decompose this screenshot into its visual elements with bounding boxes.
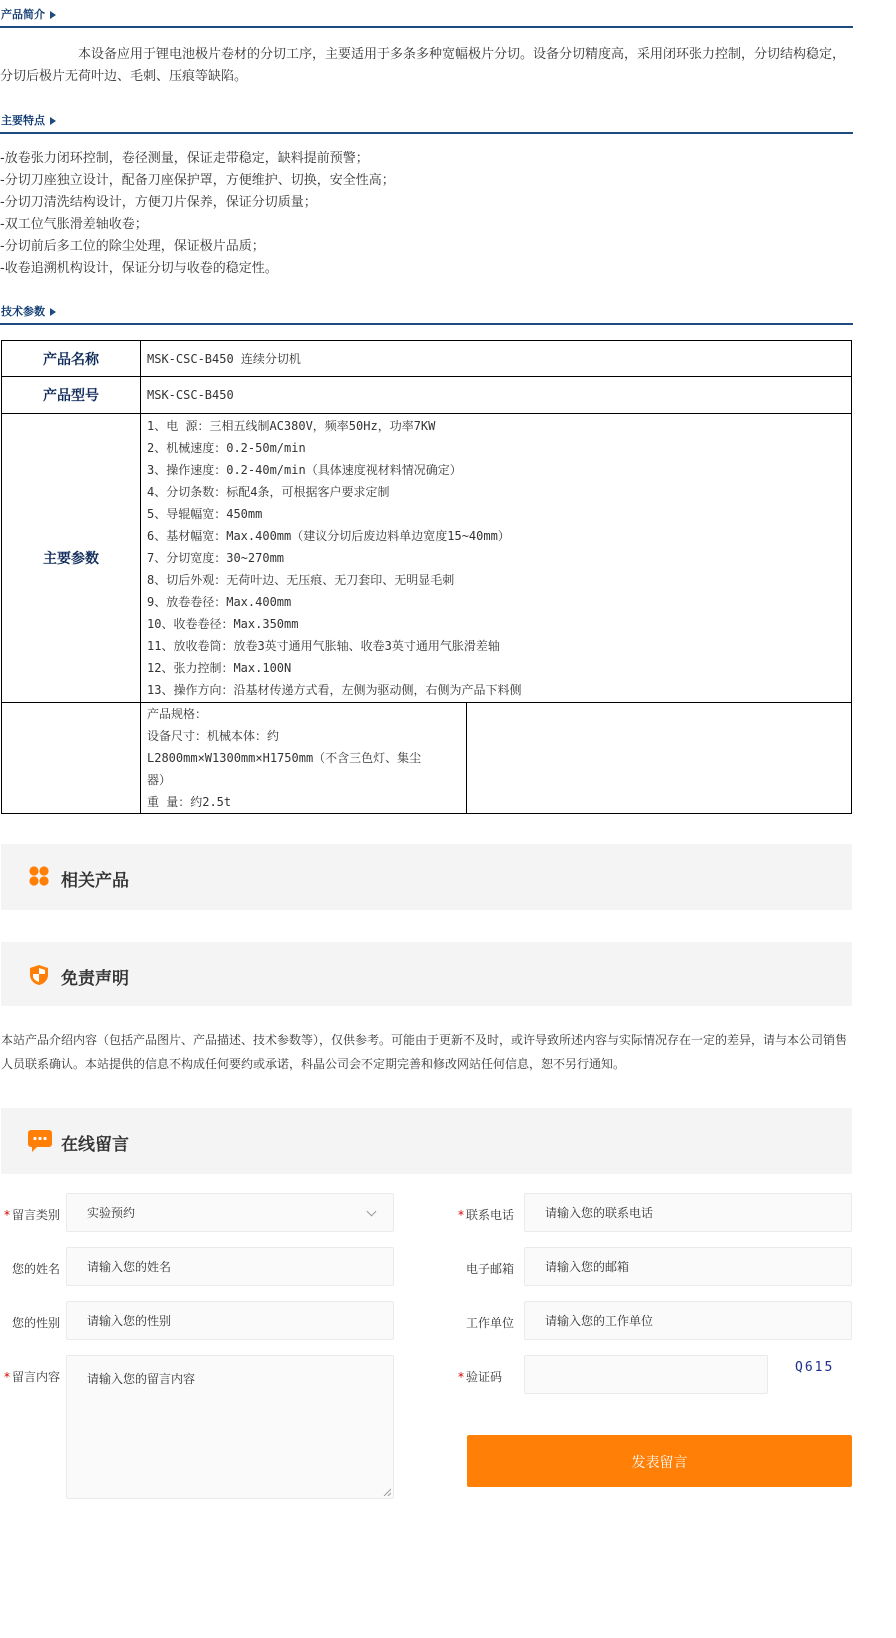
feature-list: -放卷张力闭环控制，卷径测量，保证走带稳定，缺料提前预警； -分切刀座独立设计，… <box>0 148 853 280</box>
size-line: L2800mm×W1300mm×H1750mm（不含三色灯、集尘 <box>147 747 466 769</box>
triangle-right-icon <box>50 117 56 125</box>
param-item: 1、电 源：三相五线制AC380V，频率50Hz，功率7KW <box>147 415 851 437</box>
section-title: 主要特点 <box>1 114 45 127</box>
feature-item: -放卷张力闭环控制，卷径测量，保证走带稳定，缺料提前预警； <box>0 148 853 170</box>
disclaimer-header: 免责声明 <box>1 942 852 1006</box>
email-label: 电子邮箱 <box>454 1260 514 1277</box>
feature-item: -分切前后多工位的除尘处理，保证极片品质； <box>0 236 853 258</box>
size-line: 重 量：约2.5t <box>147 791 466 813</box>
size-line: 器） <box>147 769 466 791</box>
name-label: 您的姓名 <box>0 1260 60 1277</box>
related-products-title: 相关产品 <box>61 866 129 891</box>
phone-input[interactable]: 请输入您的联系电话 <box>524 1193 852 1232</box>
param-item: 8、切后外观：无荷叶边、无压痕、无刀套印、无明显毛刺 <box>147 569 851 591</box>
spec-param-list: 1、电 源：三相五线制AC380V，频率50Hz，功率7KW 2、机械速度：0.… <box>141 414 852 703</box>
param-item: 4、分切条数：标配4条，可根据客户要求定制 <box>147 481 851 503</box>
gender-input[interactable]: 请输入您的性别 <box>66 1301 394 1340</box>
category-label: *留言类别 <box>0 1206 60 1223</box>
disclaimer-text: 本站产品介绍内容（包括产品图片、产品描述、技术参数等），仅供参考。可能由于更新不… <box>1 1028 851 1076</box>
resize-handle-icon[interactable] <box>383 1488 391 1496</box>
spec-value: MSK-CSC-B450 连续分切机 <box>141 341 852 377</box>
section-header-specs: 技术参数 <box>0 297 853 325</box>
category-select[interactable]: 实验预约 <box>66 1193 394 1232</box>
table-row: 产品名称 MSK-CSC-B450 连续分切机 <box>2 341 852 377</box>
size-line: 产品规格： <box>147 703 466 725</box>
param-item: 3、操作速度：0.2-40m/min（具体速度视材料情况确定） <box>147 459 851 481</box>
spec-value: MSK-CSC-B450 <box>141 377 852 414</box>
company-label: 工作单位 <box>454 1314 514 1331</box>
message-header: 在线留言 <box>1 1108 852 1174</box>
triangle-right-icon <box>50 11 56 19</box>
param-item: 13、操作方向：沿基材传递方式看，左侧为驱动侧，右侧为产品下料侧 <box>147 679 851 701</box>
spec-label-empty <box>2 703 141 814</box>
table-row: 产品规格： 设备尺寸：机械本体：约 L2800mm×W1300mm×H1750m… <box>2 703 852 814</box>
captcha-image[interactable]: Q615 <box>795 1360 834 1375</box>
param-item: 12、张力控制：Max.100N <box>147 657 851 679</box>
spec-label: 产品型号 <box>2 377 141 414</box>
spec-table: 产品名称 MSK-CSC-B450 连续分切机 产品型号 MSK-CSC-B45… <box>1 340 852 814</box>
spec-cell-empty <box>467 703 852 814</box>
spec-label: 产品名称 <box>2 341 141 377</box>
section-title: 产品简介 <box>1 8 45 21</box>
spec-label: 主要参数 <box>2 414 141 703</box>
param-item: 11、放收卷筒：放卷3英寸通用气胀轴、收卷3英寸通用气胀滑差轴 <box>147 635 851 657</box>
spec-size-list: 产品规格： 设备尺寸：机械本体：约 L2800mm×W1300mm×H1750m… <box>141 703 467 814</box>
gender-label: 您的性别 <box>0 1314 60 1331</box>
table-row: 产品型号 MSK-CSC-B450 <box>2 377 852 414</box>
section-title: 技术参数 <box>1 305 45 318</box>
email-input[interactable]: 请输入您的邮箱 <box>524 1247 852 1286</box>
param-item: 2、机械速度：0.2-50m/min <box>147 437 851 459</box>
triangle-right-icon <box>50 308 56 316</box>
size-line: 设备尺寸：机械本体：约 <box>147 725 466 747</box>
message-title: 在线留言 <box>61 1130 129 1155</box>
param-item: 6、基材幅宽：Max.400mm（建议分切后废边料单边宽度15~40mm） <box>147 525 851 547</box>
phone-label: *联系电话 <box>454 1206 514 1223</box>
intro-text: 本设备应用于锂电池极片卷材的分切工序，主要适用于多条多种宽幅极片分切。设备分切精… <box>0 44 853 88</box>
submit-message-button[interactable]: 发表留言 <box>467 1435 852 1487</box>
table-row: 主要参数 1、电 源：三相五线制AC380V，频率50Hz，功率7KW 2、机械… <box>2 414 852 703</box>
param-item: 9、放卷卷径：Max.400mm <box>147 591 851 613</box>
content-label: *留言内容 <box>0 1368 60 1385</box>
param-item: 10、收卷卷径：Max.350mm <box>147 613 851 635</box>
param-item: 5、导辊幅宽：450mm <box>147 503 851 525</box>
feature-item: -分切刀清洗结构设计，方便刀片保养，保证分切质量； <box>0 192 853 214</box>
related-products-header: 相关产品 <box>1 844 852 910</box>
chevron-down-icon <box>367 1207 377 1217</box>
chat-bubble-icon <box>28 1130 52 1156</box>
section-header-intro: 产品简介 <box>0 0 853 28</box>
feature-item: -双工位气胀滑差轴收卷； <box>0 214 853 236</box>
feature-item: -收卷追溯机构设计，保证分切与收卷的稳定性。 <box>0 258 853 280</box>
captcha-input[interactable] <box>524 1355 768 1394</box>
shield-icon <box>29 964 49 990</box>
content-textarea[interactable]: 请输入您的留言内容 <box>66 1355 394 1499</box>
disclaimer-title: 免责声明 <box>61 964 129 989</box>
captcha-label: *验证码 <box>440 1368 502 1385</box>
company-input[interactable]: 请输入您的工作单位 <box>524 1301 852 1340</box>
clover-icon <box>29 866 49 890</box>
feature-item: -分切刀座独立设计，配备刀座保护罩，方便维护、切换，安全性高； <box>0 170 853 192</box>
name-input[interactable]: 请输入您的姓名 <box>66 1247 394 1286</box>
param-item: 7、分切宽度：30~270mm <box>147 547 851 569</box>
section-header-features: 主要特点 <box>0 106 853 134</box>
